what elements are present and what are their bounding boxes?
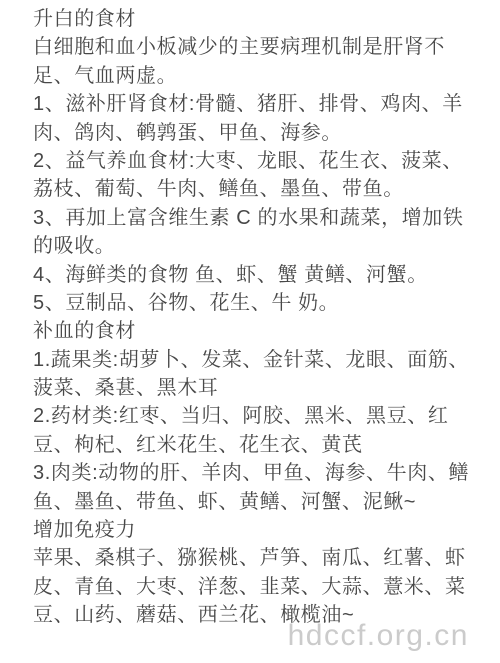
- text-line: 荔枝、葡萄、牛肉、鳝鱼、墨鱼、带鱼。: [33, 175, 488, 203]
- text-line: 1.蔬果类:胡萝卜、发菜、金针菜、龙眼、面筋、: [33, 346, 488, 374]
- text-line: 2.药材类:红枣、当归、阿胶、黑米、黑豆、红: [33, 402, 488, 430]
- text-line: 豆、山药、蘑菇、西兰花、橄榄油~: [33, 601, 488, 629]
- text-line: 肉、鸽肉、鹌鹑蛋、甲鱼、海参。: [33, 119, 488, 147]
- text-line: 足、气血两虚。: [33, 62, 488, 90]
- text-line: 鱼、墨鱼、带鱼、虾、黄鳝、河蟹、泥鳅~: [33, 488, 488, 516]
- text-line: 1、滋补肝肾食材:骨髓、猪肝、排骨、鸡肉、羊: [33, 90, 488, 118]
- section-heading-shengbai: 升白的食材: [33, 5, 488, 33]
- text-line: 白细胞和血小板减少的主要病理机制是肝肾不: [33, 33, 488, 61]
- text-line: 的吸收。: [33, 232, 488, 260]
- text-line: 5、豆制品、谷物、花生、牛 奶。: [33, 289, 488, 317]
- section-heading-mianyili: 增加免疫力: [33, 516, 488, 544]
- document-page: 升白的食材 白细胞和血小板减少的主要病理机制是肝肾不 足、气血两虚。 1、滋补肝…: [0, 0, 500, 663]
- text-line: 豆、枸杞、红米花生、花生衣、黄芪: [33, 431, 488, 459]
- text-line: 3、再加上富含维生素 C 的水果和蔬菜，增加铁: [33, 204, 488, 232]
- section-heading-buxue: 补血的食材: [33, 317, 488, 345]
- text-block: 升白的食材 白细胞和血小板减少的主要病理机制是肝肾不 足、气血两虚。 1、滋补肝…: [33, 5, 488, 630]
- text-line: 2、益气养血食材:大枣、龙眼、花生衣、菠菜、: [33, 147, 488, 175]
- text-line: 4、海鲜类的食物 鱼、虾、蟹 黄鳝、河蟹。: [33, 261, 488, 289]
- text-line: 皮、青鱼、大枣、洋葱、韭菜、大蒜、薏米、菜: [33, 573, 488, 601]
- text-line: 苹果、桑棋子、猕猴桃、芦笋、南瓜、红薯、虾: [33, 544, 488, 572]
- text-line: 菠菜、桑葚、黑木耳: [33, 374, 488, 402]
- text-line: 3.肉类:动物的肝、羊肉、甲鱼、海参、牛肉、鳝: [33, 459, 488, 487]
